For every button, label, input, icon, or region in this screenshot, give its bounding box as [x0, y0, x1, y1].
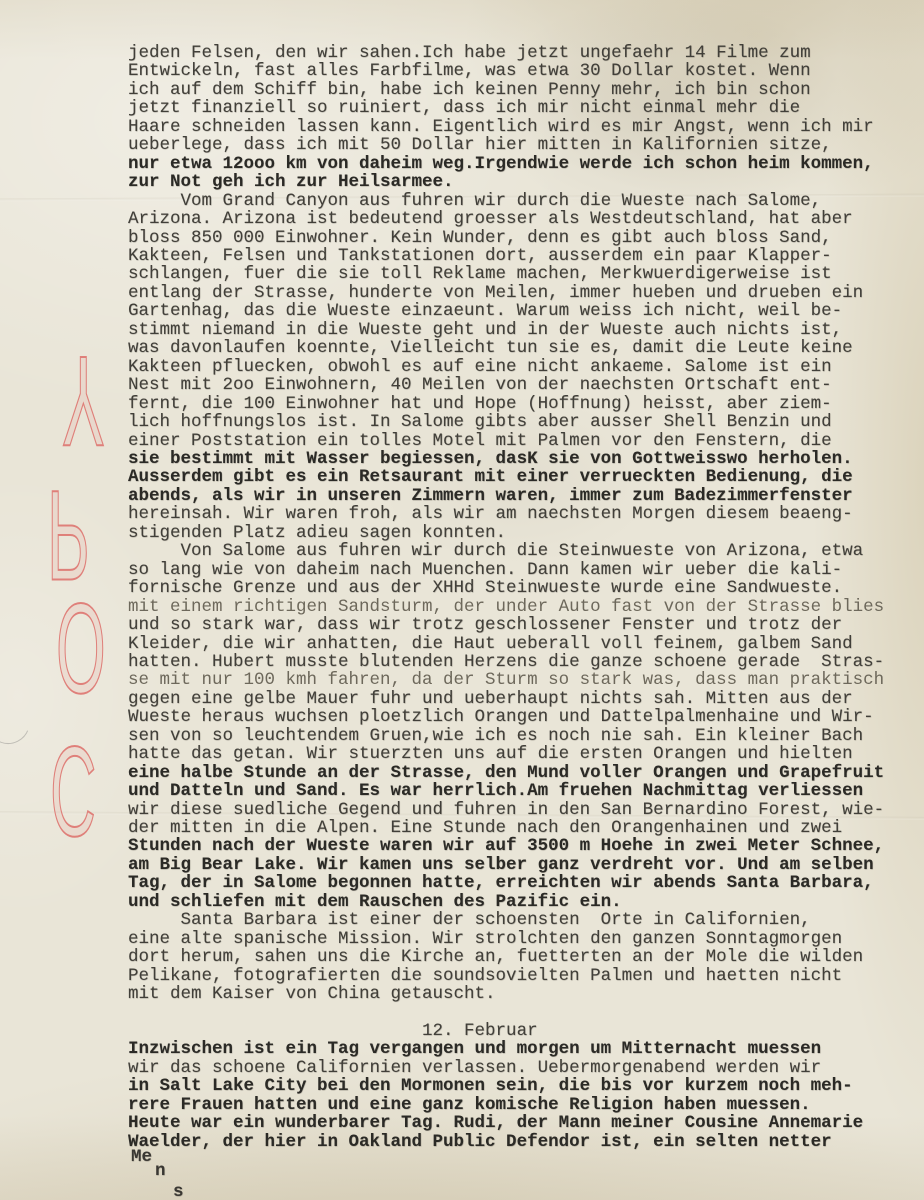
text-line: mit dem Kaiser von China getauscht. — [128, 985, 918, 1003]
text-line: entlang der Strasse, hunderte von Meilen… — [128, 284, 918, 302]
text-line: sen von so leuchtendem Gruen,wie ich es … — [128, 727, 918, 745]
text-line: zur Not geh ich zur Heilsarmee. — [128, 173, 918, 191]
pencil-mark — [0, 694, 36, 749]
fragment-me: Me — [131, 1147, 152, 1167]
text-line: Von Salome aus fuhren wir durch die Stei… — [128, 542, 918, 560]
text-line: se mit nur 100 kmh fahren, da der Sturm … — [128, 671, 918, 689]
text-line: Tag, der in Salome begonnen hatte, errei… — [128, 874, 918, 892]
text-line: lich hoffnungslos ist. In Salome gibts a… — [128, 413, 918, 431]
text-line: am Big Bear Lake. Wir kamen uns selber g… — [128, 856, 918, 874]
text-line: jetzt finanziell so ruiniert, dass ich m… — [128, 99, 918, 117]
text-line: fornische Grenze und aus der XHHd Steinw… — [128, 579, 918, 597]
fragment-s: s — [173, 1182, 184, 1200]
text-line: wir diese suedliche Gegend und fuhren in… — [128, 801, 918, 819]
text-line: Kleider, die wir anhatten, die Haut uebe… — [128, 635, 918, 653]
text-line: in Salt Lake City bei den Mormonen sein,… — [128, 1077, 918, 1095]
text-line: hatten. Hubert musste blutenden Herzens … — [128, 653, 918, 671]
text-line: mit einem richtigen Sandsturm, der under… — [128, 598, 918, 616]
text-line: wir das schoene Californien verlassen. U… — [128, 1059, 918, 1077]
text-line: stigenden Platz adieu sagen konnten. — [128, 524, 918, 542]
text-line: Ausserdem gibt es ein Retsaurant mit ein… — [128, 468, 918, 486]
text-line: Nest mit 2oo Einwohnern, 40 Meilen von d… — [128, 376, 918, 394]
text-line: bloss 850 000 Einwohner. Kein Wunder, de… — [128, 229, 918, 247]
text-line: 12. Februar — [128, 1022, 918, 1040]
text-line: Vom Grand Canyon aus fuhren wir durch di… — [128, 192, 918, 210]
text-line: rere Frauen hatten und eine ganz komisch… — [128, 1096, 918, 1114]
letter-page: Y P O C jeden Felsen, den wir sahen.Ich … — [0, 0, 924, 1200]
text-line: stimmt niemand in die Wueste geht und in… — [128, 321, 918, 339]
text-line: Kakteen, Felsen und Tankstationen dort, … — [128, 247, 918, 265]
text-line: Santa Barbara ist einer der schoensten O… — [128, 911, 918, 929]
text-line: Stunden nach der Wueste waren wir auf 35… — [128, 837, 918, 855]
text-line: ueberlege, dass ich mit 50 Dollar hier m… — [128, 136, 918, 154]
text-line: Kakteen pfluecken, obwohl es auf eine ni… — [128, 358, 918, 376]
text-line: Inzwischen ist ein Tag vergangen und mor… — [128, 1040, 918, 1058]
text-line: eine halbe Stunde an der Strasse, den Mu… — [128, 764, 918, 782]
text-line: abends, als wir in unseren Zimmern waren… — [128, 487, 918, 505]
text-line: Waelder, der hier in Oakland Public Defe… — [128, 1133, 918, 1151]
text-line: fernt, die 100 Einwohner hat und Hope (H… — [128, 395, 918, 413]
fragment-n: n — [155, 1161, 166, 1181]
text-line: Heute war ein wunderbarer Tag. Rudi, der… — [128, 1114, 918, 1132]
letter-body: jeden Felsen, den wir sahen.Ich habe jet… — [128, 44, 918, 1151]
text-line: eine alte spanische Mission. Wir strolch… — [128, 930, 918, 948]
text-line: ich auf dem Schiff bin, habe ich keinen … — [128, 81, 918, 99]
text-line: jeden Felsen, den wir sahen.Ich habe jet… — [128, 44, 918, 62]
text-line: Entwickeln, fast alles Farbfilme, was et… — [128, 62, 918, 80]
text-line: und so stark war, dass wir trotz geschlo… — [128, 616, 918, 634]
stamp-letter-y: Y — [62, 325, 105, 475]
text-line: so lang wie von daheim nach Muenchen. Da… — [128, 561, 918, 579]
text-line: der mitten in die Alpen. Eine Stunde nac… — [128, 819, 918, 837]
text-line: einer Poststation ein tolles Motel mit P… — [128, 432, 918, 450]
text-line: nur etwa 12ooo km von daheim weg.Irgendw… — [128, 155, 918, 173]
stamp-letter-o: O — [56, 572, 106, 722]
text-line: sie bestimmt mit Wasser begiessen, dasK … — [128, 450, 918, 468]
text-line: Pelikane, fotografierten die soundsoviel… — [128, 967, 918, 985]
text-line: Haare schneiden lassen kann. Eigentlich … — [128, 118, 918, 136]
text-line: hatte das getan. Wir stuerzten uns auf d… — [128, 745, 918, 763]
text-line — [128, 1004, 918, 1022]
text-line: Gartenhag, das die Wueste einzaeunt. War… — [128, 302, 918, 320]
text-line: und schliefen mit dem Rauschen des Pazif… — [128, 893, 918, 911]
text-line: schlangen, fuer die sie toll Reklame mac… — [128, 265, 918, 283]
text-line: hereinsah. Wir waren froh, als wir am na… — [128, 505, 918, 523]
text-line: dort herum, sahen uns die Kirche an, fue… — [128, 948, 918, 966]
text-line: was davonlaufen koennte, Vielleicht tun … — [128, 339, 918, 357]
text-line: Arizona. Arizona ist bedeutend groesser … — [128, 210, 918, 228]
text-line: Wueste heraus wuchsen ploetzlich Orangen… — [128, 708, 918, 726]
stamp-letter-c: C — [50, 715, 96, 865]
text-line: gegen eine gelbe Mauer fuhr und ueberhau… — [128, 690, 918, 708]
text-line: und Datteln und Sand. Es war herrlich.Am… — [128, 782, 918, 800]
